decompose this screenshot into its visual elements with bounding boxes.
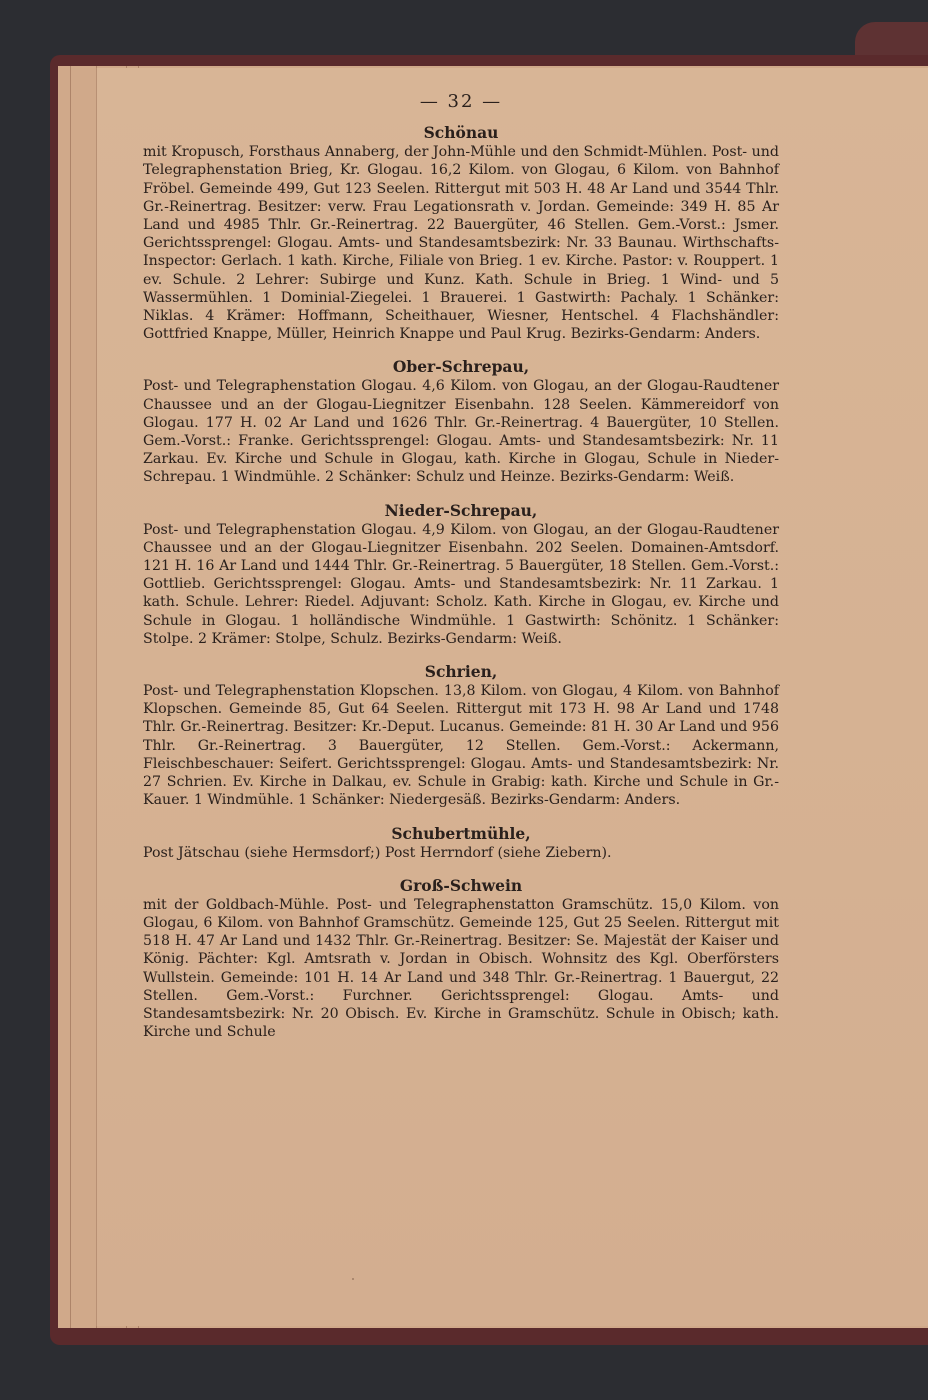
entry-title: Nieder-Schrepau, [143,501,779,521]
page-edge-line [70,66,71,1328]
entry-gross-schwein: Groß-Schwein mit der Goldbach-Mühle. Pos… [143,876,779,1042]
entry-schrien: Schrien, Post- und Telegraphenstation Kl… [143,662,779,809]
page-number: — 32 — [143,93,779,111]
entry-body: Post- und Telegraphenstation Glogau. 4,6… [143,377,779,486]
entry-schubertmuehle: Schubertmühle, Post Jätschau (siehe Herm… [143,824,779,862]
entry-title: Ober-Schrepau, [143,357,779,377]
entry-body: mit Kropusch, Forsthaus Annaberg, der Jo… [143,143,779,343]
entry-body: Post Jätschau (siehe Hermsdorf;) Post He… [143,844,779,862]
entry-title: Schönau [143,123,779,143]
entry-ober-schrepau: Ober-Schrepau, Post- und Telegraphenstat… [143,357,779,486]
entry-title: Schrien, [143,662,779,682]
entry-title: Schubertmühle, [143,824,779,844]
entry-body: mit der Goldbach-Mühle. Post- und Telegr… [143,896,779,1042]
entry-body: Post- und Telegraphenstation Klopschen. … [143,682,779,809]
entry-nieder-schrepau: Nieder-Schrepau, Post- und Telegraphenst… [143,501,779,648]
entry-body: Post- und Telegraphenstation Glogau. 4,9… [143,521,779,648]
entry-schoenau: Schönau mit Kropusch, Forsthaus Annaberg… [143,123,779,343]
page-text: — 32 — Schönau mit Kropusch, Forsthaus A… [143,93,779,1041]
entry-title: Groß-Schwein [143,876,779,896]
scan-background: — 32 — Schönau mit Kropusch, Forsthaus A… [0,0,928,1400]
paper-speck [352,1278,354,1280]
